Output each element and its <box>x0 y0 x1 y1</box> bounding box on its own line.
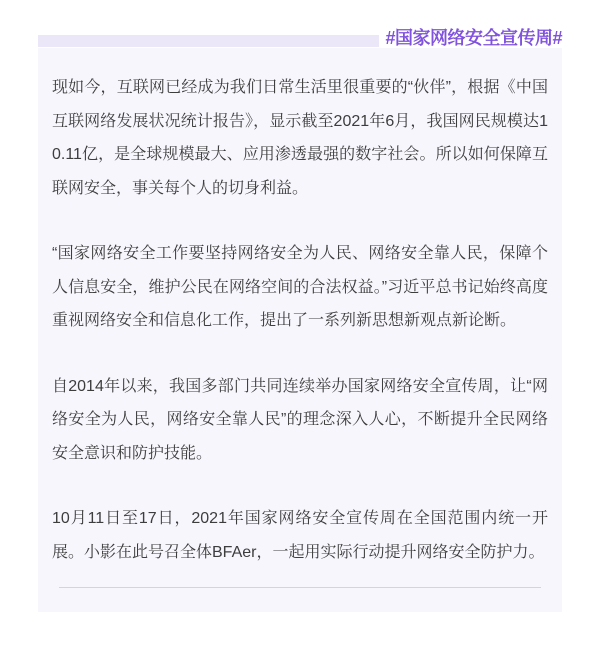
topic-header: #国家网络安全宣传周# <box>38 28 562 48</box>
paragraph-callout: 10月11日至17日，2021年国家网络安全宣传周在全国范围内统一开展。小影在此… <box>52 502 548 569</box>
highlight-strip <box>38 35 379 47</box>
paragraph-intro: 现如今，互联网已经成为我们日常生活里很重要的“伙伴”，根据《中国互联网络发展状况… <box>52 71 548 205</box>
topic-hashtag[interactable]: #国家网络安全宣传周# <box>385 28 562 48</box>
content-wrap: #国家网络安全宣传周# 现如今，互联网已经成为我们日常生活里很重要的“伙伴”，根… <box>38 0 562 612</box>
footer-divider <box>59 587 541 588</box>
paragraph-quote: “国家网络安全工作要坚持网络安全为人民、网络安全靠人民，保障个人信息安全，维护公… <box>52 237 548 338</box>
article-page: #国家网络安全宣传周# 现如今，互联网已经成为我们日常生活里很重要的“伙伴”，根… <box>0 0 600 612</box>
paragraph-history: 自2014年以来，我国多部门共同连续举办国家网络安全宣传周，让“网络安全为人民，… <box>52 370 548 471</box>
article-card: 现如今，互联网已经成为我们日常生活里很重要的“伙伴”，根据《中国互联网络发展状况… <box>38 48 562 612</box>
